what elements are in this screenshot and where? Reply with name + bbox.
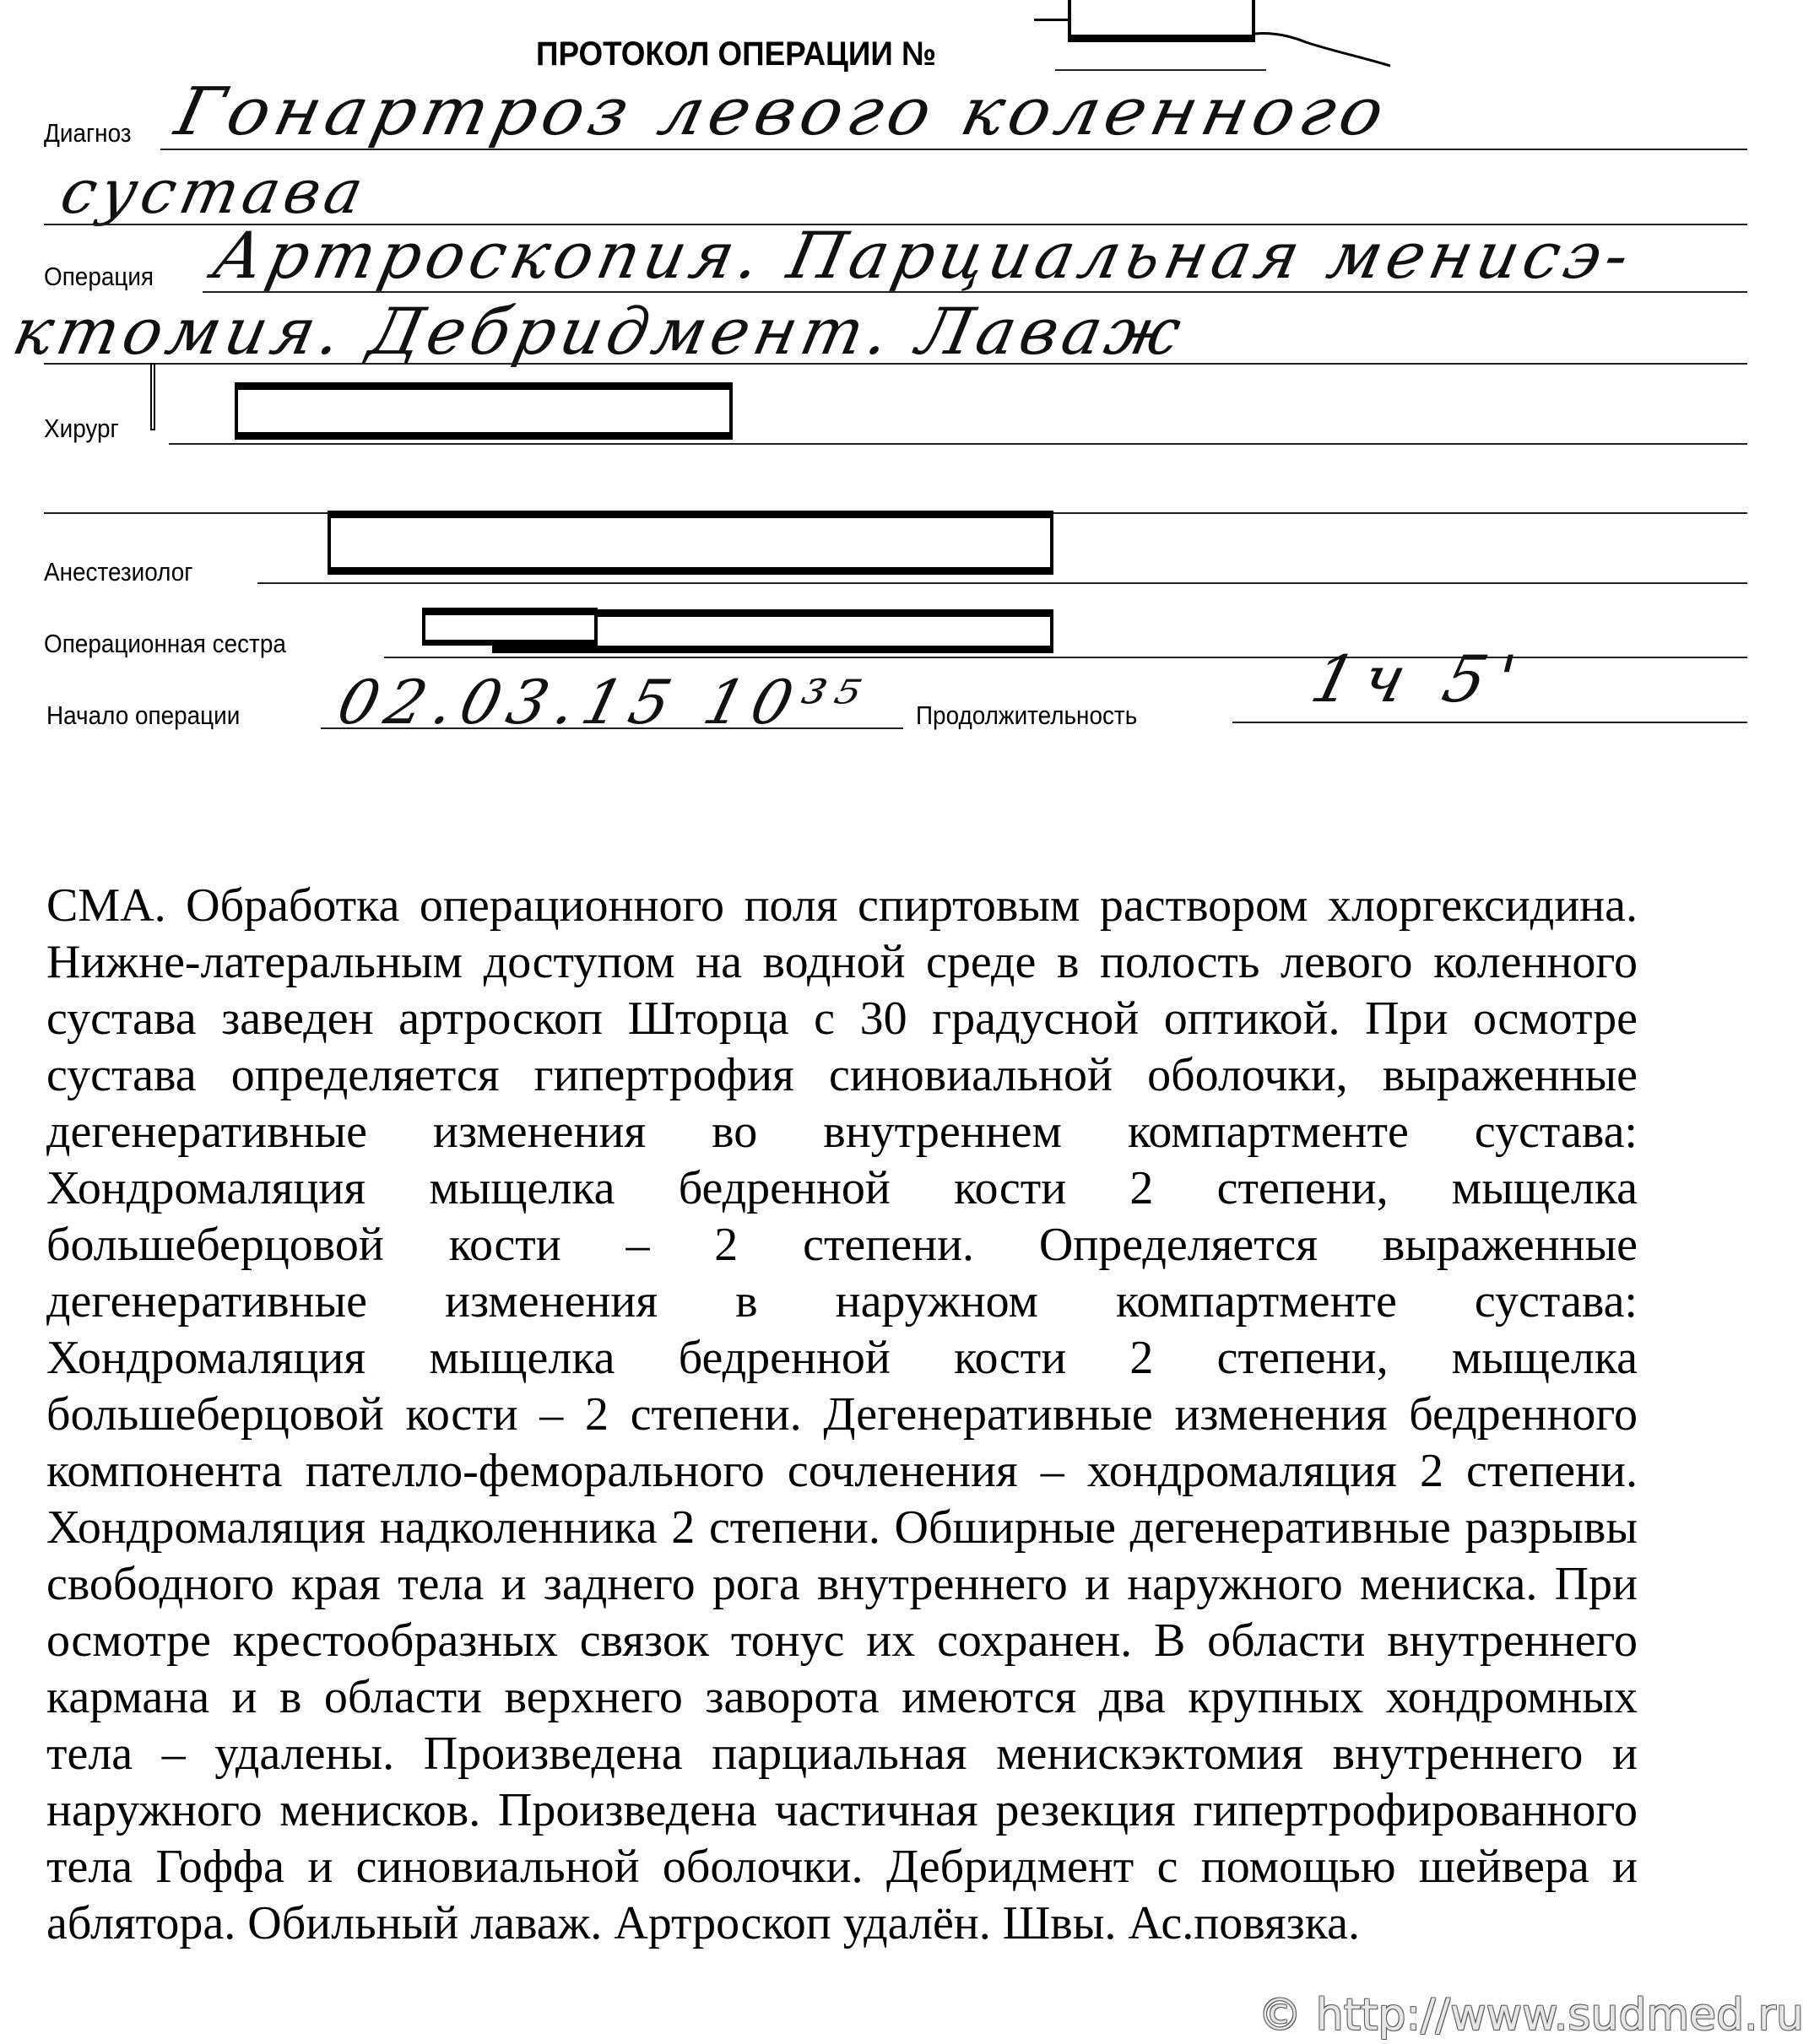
operation-value-line2: ктомия. Дебридмент. Лаваж [7, 294, 1193, 369]
operation-line2 [44, 363, 1747, 365]
operation-description: СМА. Обработка операционного поля спирто… [46, 878, 1638, 1952]
protocol-number-line [1055, 69, 1266, 71]
anesthesiologist-label: Анестезиолог [44, 557, 192, 587]
duration-value: 1ч 5' [1304, 641, 1533, 716]
redaction-leader-line [1034, 19, 1069, 21]
diagnosis-line1 [160, 149, 1747, 150]
duration-label: Продолжительность [916, 700, 1137, 731]
diagnosis-value-line1: Гонартроз левого коленного [169, 74, 1396, 150]
operation-value-line1: Артроскопия. Парциальная менисэ- [207, 218, 1641, 293]
protocol-number-redaction [1068, 0, 1255, 42]
watermark: © http://www.sudmed.ru [1258, 1990, 1804, 2041]
surgeon-line1 [169, 443, 1747, 445]
operation-line1 [203, 291, 1747, 293]
scrub-nurse-redaction-small [422, 608, 598, 646]
surgeon-label: Хирург [44, 414, 119, 444]
duration-line [1232, 722, 1747, 723]
redaction-pointer-line [1255, 30, 1399, 69]
document-title: ПРОТОКОЛ ОПЕРАЦИИ № [536, 35, 936, 73]
scrub-nurse-line [384, 657, 1747, 658]
diagnosis-label: Диагноз [44, 118, 132, 149]
operation-label: Операция [44, 262, 154, 292]
anesthesiologist-redaction [328, 511, 1053, 575]
start-line [321, 727, 903, 729]
surgeon-marker [150, 363, 155, 430]
scrub-nurse-label: Операционная сестра [44, 629, 286, 659]
diagnosis-value-line2: сустава [55, 156, 374, 227]
anesthesiologist-line [257, 582, 1747, 584]
surgeon-redaction [235, 382, 733, 440]
start-label: Начало операции [46, 700, 240, 731]
operation-description-text: СМА. Обработка операционного поля спирто… [46, 878, 1638, 1952]
